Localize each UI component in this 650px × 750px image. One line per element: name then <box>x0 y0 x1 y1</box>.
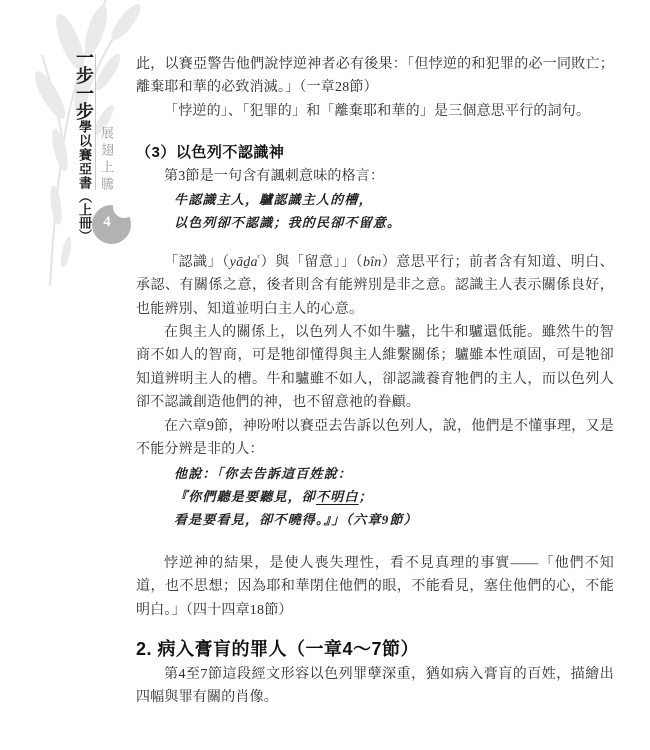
hebrew-transliteration-bin: bîn <box>363 255 382 270</box>
badge-crescent-cutout <box>113 196 135 218</box>
heading-section-2: 2. 病入膏肓的罪人（一章4～7節） <box>136 636 614 663</box>
series-title: 一步一步 <box>74 48 94 120</box>
sidebar: 一步一步學以賽亞書（上冊） 展翅上騰 4 <box>0 0 135 750</box>
quote-line: 他說：「你去告訴這百姓說： <box>174 462 614 485</box>
book-title: 學以賽亞書 <box>77 120 92 190</box>
badge-number: 4 <box>99 214 115 231</box>
paragraph-isaiah6-intro: 在六章9節，神吩咐以賽亞去告訴以色列人，說，他們是不懂事理，又是不能分辨是非的人… <box>136 415 614 462</box>
quote-line-text: ； <box>359 489 373 504</box>
paragraph-term-comparison: 「認識」（yāḏaᶜ）與「留意」」（bîn）意思平行；前者含有知道、明白、承認、… <box>136 251 614 321</box>
hebrew-transliteration-yada: yāḏa <box>230 255 258 270</box>
paragraph-ox-donkey: 在與主人的關係上，以色列人不如牛驢，比牛和驢還低能。雖然牛的智商不如人的智商，可… <box>136 321 614 415</box>
volume-badge: 4 <box>92 205 131 244</box>
heading-section-3: （3）以色列不認識神 <box>136 141 614 164</box>
edition-subtitle: 展翅上騰 <box>97 126 116 206</box>
paragraph-proverb-intro: 第3節是一句含有諷刺意味的格言： <box>136 165 614 188</box>
book-page: 一步一步學以賽亞書（上冊） 展翅上騰 4 此，以賽亞警告他們說悖逆神者必有後果：… <box>0 0 650 750</box>
quote-line: 以色列卻不認識；我的民卻不留意。 <box>174 211 614 234</box>
proverb-quote-block: 牛認識主人，驢認識主人的槽， 以色列卻不認識；我的民卻不留意。 <box>174 188 614 235</box>
term-text-part1: 「認識」（ <box>164 255 230 270</box>
paragraph-section2-intro: 第4至7節這段經文形容以色列罪孽深重，猶如病入膏肓的百姓，描繪出四幅與罪有關的肖… <box>136 663 614 710</box>
quote-line-text: 『你們聽是要聽見，卻 <box>174 489 316 504</box>
paragraph-continuation: 此，以賽亞警告他們說悖逆神者必有後果：「但悖逆的和犯罪的必一同敗亡；離棄耶和華的… <box>136 53 614 100</box>
quote-line: 看是要看見，卻不曉得。』」（六章9節） <box>174 508 614 531</box>
term-text-part2: ）與「留意」」（ <box>260 255 363 270</box>
paragraph-rebellion-result: 悖逆神的結果，是使人喪失理性，看不見真理的事實——「他們不知道，也不思想；因為耶… <box>136 552 614 622</box>
volume-label: （上冊） <box>77 190 92 242</box>
title-divider-rule <box>95 54 96 190</box>
quote-line: 『你們聽是要聽見，卻不明白； <box>174 485 614 508</box>
page-text-column: 此，以賽亞警告他們說悖逆神者必有後果：「但悖逆的和犯罪的必一同敗亡；離棄耶和華的… <box>136 0 614 710</box>
paragraph-parallel-terms: 「悖逆的」、「犯罪的」和「離棄耶和華的」是三個意思平行的詞句。 <box>136 100 614 123</box>
underlined-phrase: 不明白 <box>316 489 359 504</box>
quote-line: 牛認識主人，驢認識主人的槽， <box>174 188 614 211</box>
isaiah6-quote-block: 他說：「你去告訴這百姓說： 『你們聽是要聽見，卻不明白； 看是要看見，卻不曉得。… <box>174 462 614 532</box>
